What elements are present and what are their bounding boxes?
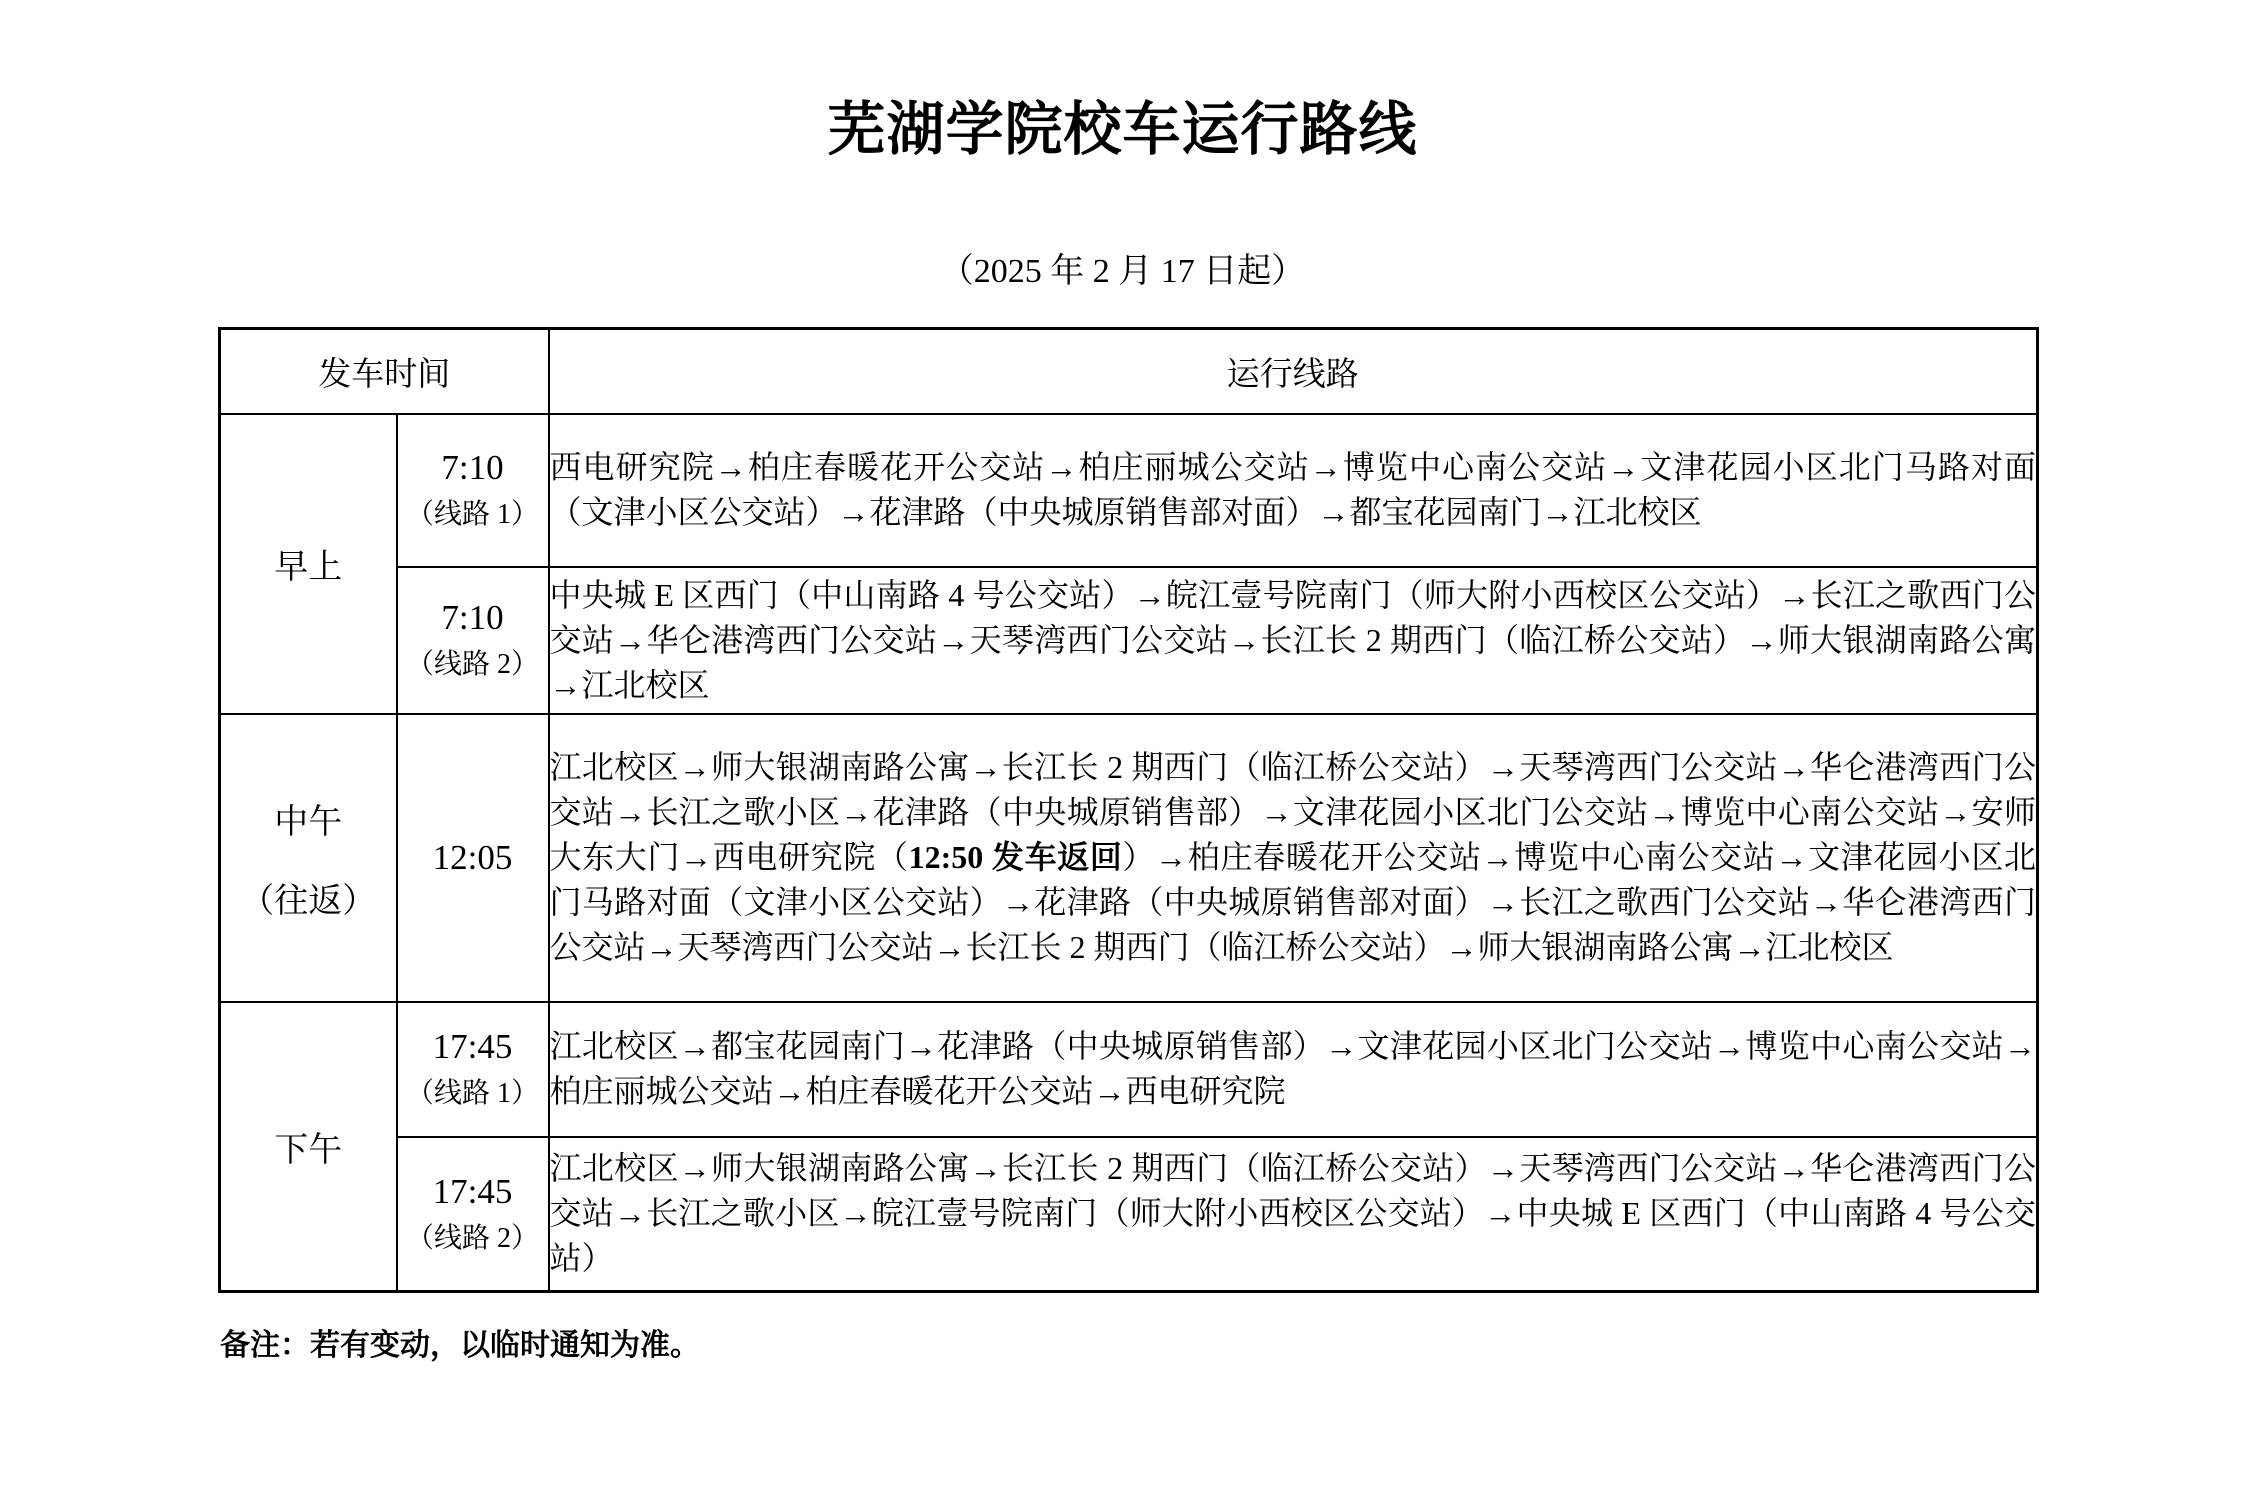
table-row-noon: 中午 （往返） 12:05 江北校区→师大银湖南路公寓→长江长 2 期西门（临江… <box>220 714 2038 1002</box>
period-line1: 中午 <box>274 804 342 841</box>
document-page: 芜湖学院校车运行路线 （2025 年 2 月 17 日起） 发车时间 运行线路 … <box>0 0 2245 1492</box>
time-value: 7:10 <box>398 448 548 488</box>
table-row-morning-line1: 早上 7:10 （线路 1） 西电研究院→柏庄春暖花开公交站→柏庄丽城公交站→博… <box>220 414 2038 567</box>
time-value: 17:45 <box>398 1172 548 1212</box>
time-value: 17:45 <box>398 1027 548 1067</box>
line-label: （线路 2） <box>398 1216 548 1256</box>
line-label: （线路 1） <box>398 1071 548 1111</box>
route-cell-morning-line1: 西电研究院→柏庄春暖花开公交站→柏庄丽城公交站→博览中心南公交站→文津花园小区北… <box>549 414 2038 567</box>
period-cell-noon: 中午 （往返） <box>220 714 397 1002</box>
column-header-departure-time: 发车时间 <box>220 329 549 414</box>
time-value: 12:05 <box>398 838 548 878</box>
table-row-morning-line2: 7:10 （线路 2） 中央城 E 区西门（中山南路 4 号公交站）→皖江壹号院… <box>220 567 2038 714</box>
route-cell-afternoon-line2: 江北校区→师大银湖南路公寓→长江长 2 期西门（临江桥公交站）→天琴湾西门公交站… <box>549 1137 2038 1292</box>
table-row-afternoon-line1: 下午 17:45 （线路 1） 江北校区→都宝花园南门→花津路（中央城原销售部）… <box>220 1002 2038 1137</box>
table-row-afternoon-line2: 17:45 （线路 2） 江北校区→师大银湖南路公寓→长江长 2 期西门（临江桥… <box>220 1137 2038 1292</box>
time-value: 7:10 <box>398 598 548 638</box>
time-cell-morning-line2: 7:10 （线路 2） <box>397 567 549 714</box>
time-cell-noon: 12:05 <box>397 714 549 1002</box>
period-cell-morning: 早上 <box>220 414 397 714</box>
time-cell-morning-line1: 7:10 （线路 1） <box>397 414 549 567</box>
line-label: （线路 1） <box>398 492 548 532</box>
period-line2: （往返） <box>221 873 396 922</box>
time-cell-afternoon-line1: 17:45 （线路 1） <box>397 1002 549 1137</box>
route-text-return-time: 12:50 发车返回 <box>909 839 1123 875</box>
route-cell-morning-line2: 中央城 E 区西门（中山南路 4 号公交站）→皖江壹号院南门（师大附小西校区公交… <box>549 567 2038 714</box>
page-title: 芜湖学院校车运行路线 <box>0 82 2245 166</box>
bus-schedule-table: 发车时间 运行线路 早上 7:10 （线路 1） 西电研究院→柏庄春暖花开公交站… <box>218 327 2039 1293</box>
period-cell-afternoon: 下午 <box>220 1002 397 1292</box>
route-cell-afternoon-line1: 江北校区→都宝花园南门→花津路（中央城原销售部）→文津花园小区北门公交站→博览中… <box>549 1002 2038 1137</box>
time-cell-afternoon-line2: 17:45 （线路 2） <box>397 1137 549 1292</box>
column-header-route: 运行线路 <box>549 329 2038 414</box>
footer-note: 备注：若有变动，以临时通知为准。 <box>220 1320 700 1364</box>
route-cell-noon: 江北校区→师大银湖南路公寓→长江长 2 期西门（临江桥公交站）→天琴湾西门公交站… <box>549 714 2038 1002</box>
page-subtitle: （2025 年 2 月 17 日起） <box>0 243 2245 292</box>
line-label: （线路 2） <box>398 642 548 682</box>
table-header-row: 发车时间 运行线路 <box>220 329 2038 414</box>
